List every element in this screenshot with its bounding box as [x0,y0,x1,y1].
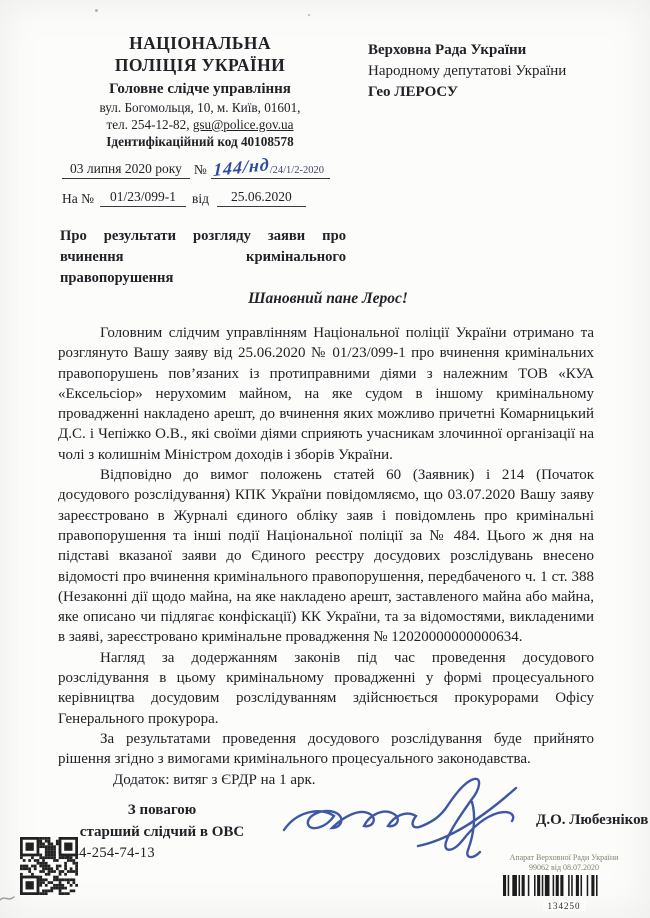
org-department: Головне слідче управління [64,79,336,99]
handwritten-number: 144/нд [213,157,270,177]
reply-date: 25.06.2020 [217,189,306,207]
recipient-name: Гео ЛЕРОСУ [368,82,566,103]
subject-line: вчинення кримінального [60,247,346,268]
org-address: вул. Богомольця, 10, м. Київ, 01601, [64,99,336,116]
org-id-code: Ідентифікаційний код 40108578 [64,133,336,151]
body-paragraph: Головним слідчим управлінням Національно… [58,323,594,465]
org-email: gsu@police.gov.ua [193,117,294,132]
barcode [503,875,625,896]
letter-body: Головним слідчим управлінням Національно… [58,323,594,790]
closing-block: З повагою старший слідчий в ОВС [77,799,247,843]
recipient-org: Верховна Рада України [368,40,566,61]
org-name-line1: НАЦІОНАЛЬНА [64,32,336,54]
subject-line: Про результати розгляду заяви про [60,226,346,247]
org-phone: тел. 254-12-82, [107,117,190,132]
outgoing-reference-row: 03 липня 2020 року № 144/нд/24/1/2-2020 [62,160,354,179]
body-paragraph: За результатами проведення досудового ро… [58,729,594,770]
outgoing-number: 144/нд/24/1/2-2020 [211,160,330,179]
outgoing-date: 03 липня 2020 року [62,161,190,179]
handwritten-signature [276,772,548,867]
reference-lines: 03 липня 2020 року № 144/нд/24/1/2-2020 … [62,160,354,217]
org-contact-line: тел. 254-12-82, gsu@police.gov.ua [64,116,336,133]
body-paragraph: Відповідно до вимог положень статей 60 (… [58,465,594,648]
reply-label: На № [62,191,94,207]
reply-from-label: від [192,191,209,207]
barcode-number: 134250 [543,901,586,911]
scan-speckle [95,9,98,12]
sender-letterhead: НАЦІОНАЛЬНА ПОЛІЦІЯ УКРАЇНИ Головне слід… [64,32,336,151]
scan-speckle [308,14,310,16]
reply-number: 01/23/099-1 [100,189,186,207]
outgoing-number-suffix: /24/1/2-2020 [270,165,324,176]
qr-code [20,837,78,895]
recipient-role: Народному депутатові України [368,61,566,82]
closing-title: старший слідчий в ОВС [77,821,247,843]
salutation: Шановний пане Лерос! [58,290,598,308]
body-paragraph: Нагляд за додержанням законів під час пр… [58,648,594,729]
org-name-line2: ПОЛІЦІЯ УКРАЇНИ [64,54,336,76]
incoming-reference-row: На № 01/23/099-1 від 25.06.2020 [62,189,354,207]
scanned-letter-page: НАЦІОНАЛЬНА ПОЛІЦІЯ УКРАЇНИ Головне слід… [0,0,650,918]
subject-line: правопорушення [60,268,346,289]
recipient-block: Верховна Рада України Народному депутато… [368,40,566,103]
stray-pen-mark [0,893,16,903]
closing-regards: З повагою [77,799,247,821]
subject-block: Про результати розгляду заяви про вчинен… [60,226,346,289]
signer-name: Д.О. Любезніков [536,812,648,829]
number-sign: № [194,162,207,178]
